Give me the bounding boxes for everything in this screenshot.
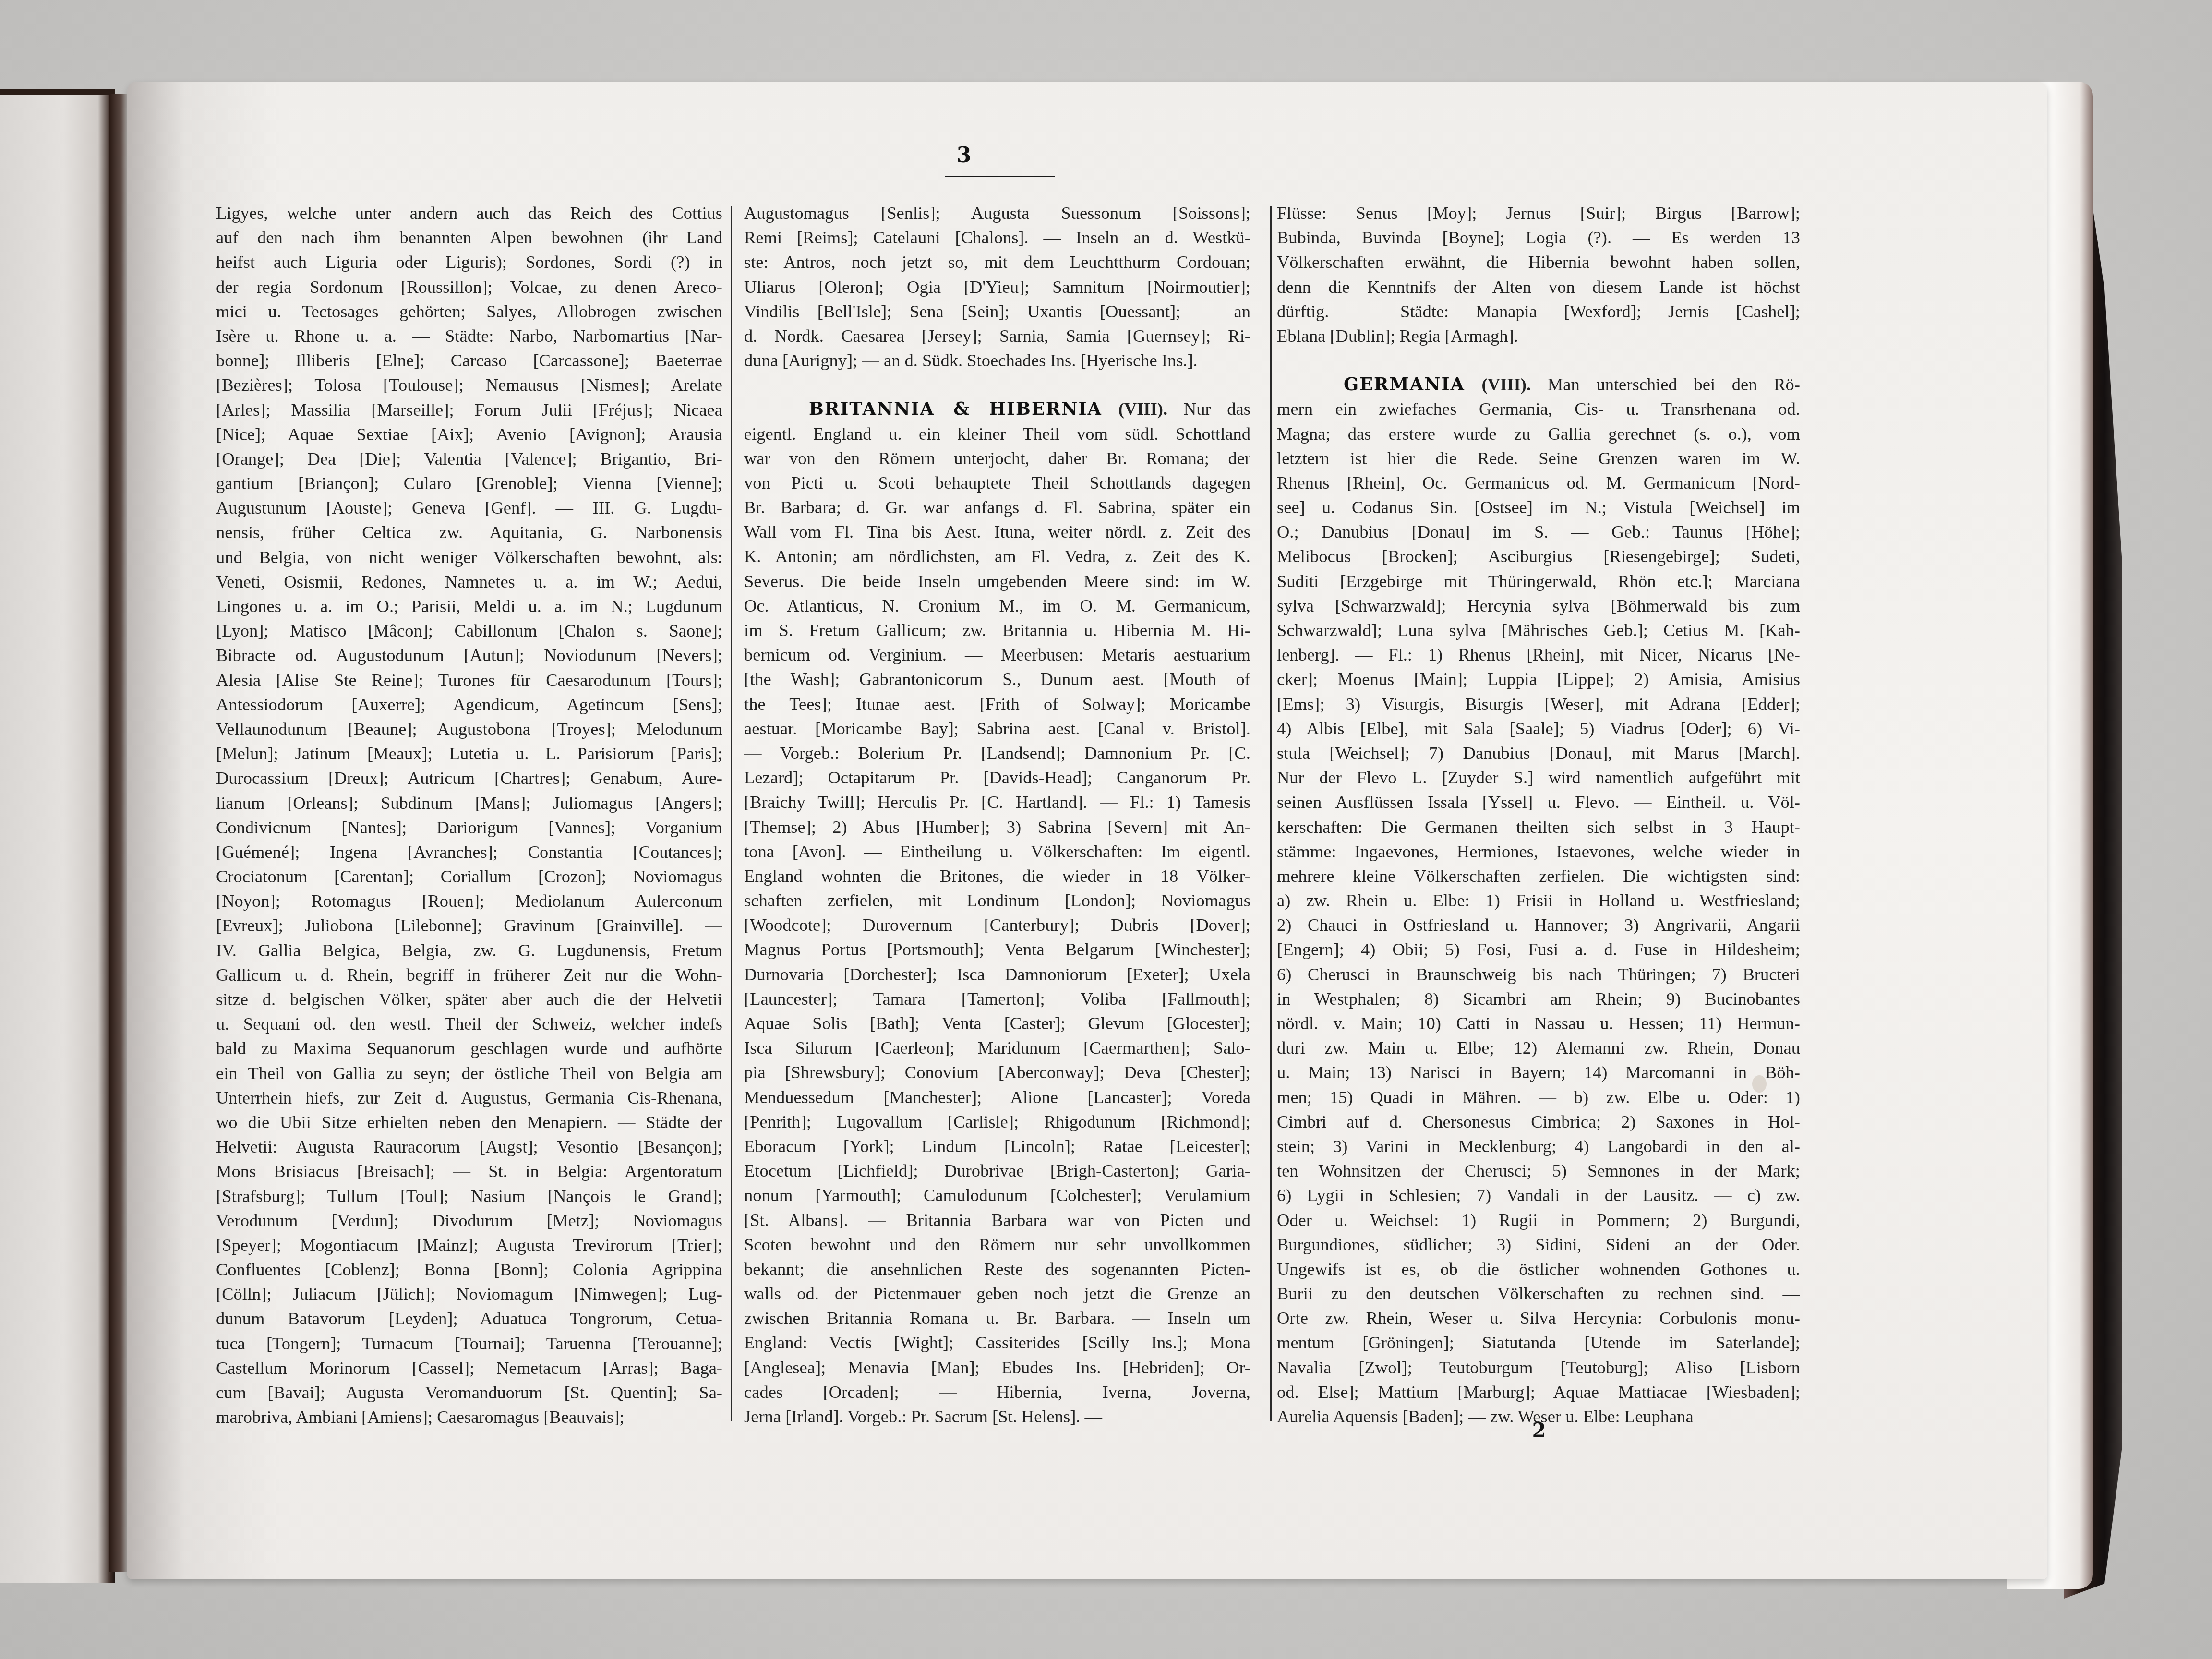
text-line: [the Wash]; Gabrantonicorum S., Dunum ae… <box>744 667 1250 691</box>
text-line: [Woodcote]; Durovernum [Canterbury]; Dub… <box>744 913 1250 937</box>
text-line: Cimbri auf d. Chersonesus Cimbrica; 2) S… <box>1277 1109 1800 1134</box>
section-lead: Man unterschied bei den Rö- <box>1548 374 1800 394</box>
text-line: mern ein zwiefaches Germania, Cis- u. Tr… <box>1277 397 1800 421</box>
text-line: Condivicnum [Nantes]; Dariorigum [Vannes… <box>216 815 722 840</box>
text-line: the Tees]; Itunae aest. [Frith of Solway… <box>744 692 1250 716</box>
section-plate-ref: (VIII). <box>1482 374 1531 394</box>
text-line: Antessiodorum [Auxerre]; Agendicum, Aget… <box>216 692 722 717</box>
text-line: [Braichy Twill]; Herculis Pr. [C. Hartla… <box>744 790 1250 814</box>
text-line: und Belgia, von nicht weniger Völkerscha… <box>216 545 722 569</box>
section-heading-line: GERMANIA (VIII). Man unterschied bei den… <box>1277 372 1800 397</box>
text-line: Etocetum [Lichfield]; Durobrivae [Brigh-… <box>744 1158 1250 1183</box>
text-line: Vellaunodunum [Beaune]; Augustobona [Tro… <box>216 717 722 741</box>
text-line: — Vorgeb.: Bolerium Pr. [Landsend]; Damn… <box>744 741 1250 765</box>
text-line: Ungewifs ist es, ob die östlicher wohnen… <box>1277 1257 1800 1281</box>
header-rule <box>945 176 1055 177</box>
text-line: men; 15) Quadi in Mähren. — b) zw. Elbe … <box>1277 1085 1800 1109</box>
signature-mark: 2 <box>1525 1419 1553 1442</box>
text-line: walls od. der Pictenmauer geben noch jet… <box>744 1281 1250 1306</box>
text-line: Oder u. Weichsel: 1) Rugii in Pommern; 2… <box>1277 1208 1800 1232</box>
text-line: see] u. Codanus Sin. [Ostsee] im N.; Vis… <box>1277 495 1800 519</box>
text-line: Magnus Portus [Portsmouth]; Venta Belgar… <box>744 937 1250 962</box>
text-line: England: Vectis [Wight]; Cassiterides [S… <box>744 1330 1250 1355</box>
text-line: ten Wohnsitzen der Cherusci; 5) Semnones… <box>1277 1158 1800 1183</box>
text-line: Lingones u. a. im O.; Parisii, Meldi u. … <box>216 594 722 618</box>
text-line: Aquae Solis [Bath]; Venta [Caster]; Glev… <box>744 1011 1250 1035</box>
text-line: nonum [Yarmouth]; Camulodunum [Colcheste… <box>744 1183 1250 1207</box>
text-line: ste: Antros, noch jetzt so, mit dem Leuc… <box>744 250 1250 274</box>
text-line: [Bezières]; Tolosa [Toulouse]; Nemausus … <box>216 373 722 397</box>
text-line: Burii zu den deutschen Völkerschaften zu… <box>1277 1281 1800 1306</box>
text-line: Burgundiones, südlicher; 3) Sidini, Side… <box>1277 1232 1800 1257</box>
text-line: dürftig. — Städte: Manapia [Wexford]; Je… <box>1277 299 1800 324</box>
text-line: Crociatonum [Carentan]; Coriallum [Crozo… <box>216 864 722 889</box>
text-line: schaften zerfielen, mit Londinum [London… <box>744 888 1250 913</box>
section-gap <box>1277 348 1800 372</box>
text-line: duri zw. Main u. Elbe; 12) Alemanni zw. … <box>1277 1035 1800 1060</box>
text-line: u. Main; 13) Narisci in Bayern; 14) Marc… <box>1277 1060 1800 1084</box>
text-line: K. Antonin; am nördlichsten, am Fl. Vedr… <box>744 544 1250 568</box>
text-line: nensis, früher Celtica zw. Aquitania, G.… <box>216 520 722 544</box>
text-line: stula [Weichsel]; 7) Danubius [Donau], m… <box>1277 741 1800 765</box>
text-line: Melibocus [Brocken]; Asciburgius [Riesen… <box>1277 544 1800 568</box>
text-line: [Penrith]; Lugovallum [Carlisle]; Rhigod… <box>744 1109 1250 1134</box>
text-line: 2) Chauci in Ostfriesland u. Hannover; 3… <box>1277 913 1800 937</box>
text-column-germania: Flüsse: Senus [Moy]; Jernus [Suir]; Birg… <box>1277 201 1800 1430</box>
text-line: tuca [Tongern]; Turnacum [Tournai]; Taru… <box>216 1331 722 1356</box>
text-line: Bubinda, Buvinda [Boyne]; Logia (?). — E… <box>1277 225 1800 250</box>
text-line: im S. Fretum Gallicum; zw. Britannia u. … <box>744 618 1250 642</box>
section-gap <box>744 373 1250 397</box>
text-line: Rhenus [Rhein], Oc. Germanicus od. M. Ge… <box>1277 470 1800 495</box>
text-column-britannia: Augustomagus [Senlis]; Augusta Suessonum… <box>744 201 1250 1430</box>
text-line: Mons Brisiacus [Breisach]; — St. in Belg… <box>216 1159 722 1183</box>
text-line: Vindilis [Bell'Isle]; Sena [Sein]; Uxant… <box>744 299 1250 324</box>
text-line: tona [Avon]. — Eintheilung u. Völkerscha… <box>744 839 1250 864</box>
text-line: gantium [Briançon]; Cularo [Grenoble]; V… <box>216 471 722 495</box>
text-line: Magna; das erstere wurde zu Gallia gerec… <box>1277 421 1800 446</box>
text-line: [Guémené]; Ingena [Avranches]; Constanti… <box>216 840 722 864</box>
text-line: stein; 3) Varini in Mecklenburg; 4) Lang… <box>1277 1134 1800 1158</box>
text-line: war von den Römern unterjocht, daher Br.… <box>744 446 1250 470</box>
section-lead: Nur das <box>1184 399 1250 419</box>
section-plate-ref: (VIII). <box>1118 399 1167 419</box>
text-line: cker]; Moenus [Main]; Luppia [Lippe]; 2)… <box>1277 667 1800 691</box>
text-line: [Launcester]; Tamara [Tamerton]; Voliba … <box>744 986 1250 1011</box>
text-line: Augustunum [Aouste]; Geneva [Genf]. — II… <box>216 495 722 520</box>
text-line: Uliarus [Oleron]; Ogia [D'Yieu]; Samnitu… <box>744 275 1250 299</box>
text-line: zwischen Britannia Romana u. Br. Barbara… <box>744 1306 1250 1330</box>
text-line: Confluentes [Coblenz]; Bonna [Bonn]; Col… <box>216 1257 722 1282</box>
text-line: wo die Ubii Sitze erhielten neben den Me… <box>216 1110 722 1134</box>
text-line: aestuar. [Moricambe Bay]; Sabrina aest. … <box>744 716 1250 741</box>
text-line: [Strafsburg]; Tullum [Toul]; Nasium [Nan… <box>216 1184 722 1208</box>
text-line: 6) Cherusci in Braunschweig bis nach Thü… <box>1277 962 1800 986</box>
text-line: kerschaften: Die Germanen theilten sich … <box>1277 815 1800 839</box>
text-line: bernicum od. Verginium. — Meerbusen: Met… <box>744 642 1250 667</box>
text-line: bonne]; Illiberis [Elne]; Carcaso [Carca… <box>216 348 722 373</box>
text-line: Orte zw. Rhein, Weser u. Silva Hercynia:… <box>1277 1306 1800 1330</box>
text-line: Eblana [Dublin]; Regia [Armagh]. <box>1277 324 1800 348</box>
text-line: Bibracte od. Augustodunum [Autun]; Novio… <box>216 643 722 667</box>
text-line: [Orange]; Dea [Die]; Valentia [Valence];… <box>216 446 722 471</box>
text-line: bekannt; die ansehnlichen Reste des soge… <box>744 1257 1250 1281</box>
text-line: Ligyes, welche unter andern auch das Rei… <box>216 201 722 225</box>
text-line: Oc. Atlanticus, N. Cronium M., im O. M. … <box>744 593 1250 618</box>
text-line: nördl. v. Main; 10) Catti in Nassau u. H… <box>1277 1011 1800 1035</box>
text-line: dunum Batavorum [Leyden]; Aduatuca Tongr… <box>216 1306 722 1331</box>
text-line: bald zu Maxima Sequanorum geschlagen wur… <box>216 1036 722 1060</box>
text-line: Durocassium [Dreux]; Autricum [Chartres]… <box>216 766 722 790</box>
text-line: Augustomagus [Senlis]; Augusta Suessonum… <box>744 201 1250 225</box>
text-line: [Melun]; Jatinum [Meaux]; Lutetia u. L. … <box>216 741 722 766</box>
text-line: cades [Orcaden]; — Hibernia, Iverna, Jov… <box>744 1380 1250 1404</box>
text-line: [Evreux]; Juliobona [Lilebonne]; Gravinu… <box>216 913 722 938</box>
text-line: in Westphalen; 8) Sicambri am Rhein; 9) … <box>1277 986 1800 1011</box>
text-line: England wohnten die Britones, die wieder… <box>744 864 1250 888</box>
text-line: lianum [Orleans]; Subdinum [Mans]; Julio… <box>216 791 722 815</box>
text-line: a) zw. Rhein u. Elbe: 1) Frisii in Holla… <box>1277 888 1800 913</box>
text-line: Suditi [Erzgebirge mit Thüringerwald, Rh… <box>1277 569 1800 593</box>
text-line: Menduessedum [Manchester]; Alione [Lanca… <box>744 1085 1250 1109</box>
text-line: 4) Albis [Elbe], mit Sala [Saale]; 5) Vi… <box>1277 716 1800 741</box>
text-line: Verodunum [Verdun]; Divodurum [Metz]; No… <box>216 1208 722 1233</box>
text-line: mici u. Tectosages gehörten; Salyes, All… <box>216 299 722 324</box>
text-line: [Cölln]; Juliacum [Jülich]; Noviomagum [… <box>216 1282 722 1306</box>
text-line: ein Theil von Gallia zu seyn; der östlic… <box>216 1061 722 1085</box>
text-line: Gallicum u. d. Rhein, begriff in frühere… <box>216 962 722 987</box>
text-line: [Ems]; 3) Visurgis, Bisurgis [Weser], mi… <box>1277 692 1800 716</box>
text-line: von Picti u. Scoti behauptete Theil Scho… <box>744 470 1250 495</box>
text-column-gallia: Ligyes, welche unter andern auch das Rei… <box>216 201 722 1430</box>
text-line: Br. Barbara; d. Gr. war anfangs d. Fl. S… <box>744 495 1250 519</box>
text-line: d. Nordk. Caesarea [Jersey]; Sarnia, Sam… <box>744 324 1250 348</box>
text-line: Durnovaria [Dorchester]; Isca Damnonioru… <box>744 962 1250 986</box>
text-line: denn die Kenntnifs der Alten von diesem … <box>1277 275 1800 299</box>
text-line: od. Else]; Mattium [Marburg]; Aquae Matt… <box>1277 1380 1800 1404</box>
text-line: mentum [Gröningen]; Siatutanda [Utende i… <box>1277 1330 1800 1355</box>
text-line: Völkerschaften erwähnt, die Hibernia bew… <box>1277 250 1800 274</box>
text-line: Jerna [Irland]. Vorgeb.: Pr. Sacrum [St.… <box>744 1404 1250 1429</box>
text-line: Veneti, Osismii, Redones, Namnetes u. a.… <box>216 569 722 594</box>
text-line: Wall vom Fl. Tina bis Aest. Ituna, weite… <box>744 519 1250 544</box>
text-line: [Lyon]; Matisco [Mâcon]; Cabillonum [Cha… <box>216 618 722 643</box>
text-line: eigentl. England u. ein kleiner Theil vo… <box>744 421 1250 446</box>
text-line: IV. Gallia Belgica, Belgia, zw. G. Lugdu… <box>216 938 722 962</box>
text-line: Castellum Morinorum [Cassel]; Nemetacum … <box>216 1356 722 1380</box>
text-line: Scoten bewohnt und den Römern nur sehr u… <box>744 1232 1250 1257</box>
facing-page-left <box>0 89 115 1583</box>
text-line: Schwarzwald]; Luna sylva [Mährisches Geb… <box>1277 618 1800 642</box>
text-line: [Speyer]; Mogontiacum [Mainz]; Augusta T… <box>216 1233 722 1257</box>
text-line: [Engern]; 4) Obii; 5) Fosi, Fusi a. d. F… <box>1277 937 1800 962</box>
text-line: Severus. Die beide Inseln umgebenden Mee… <box>744 569 1250 593</box>
text-line: Navalia [Zwol]; Teutoburgum [Teutoburg];… <box>1277 1355 1800 1380</box>
text-line: [Themse]; 2) Abus [Humber]; 3) Sabrina [… <box>744 815 1250 839</box>
text-line: Alesia [Alise Ste Reine]; Turones für Ca… <box>216 668 722 692</box>
text-line: mehrere kleine Völkerschaften zerfielen.… <box>1277 864 1800 888</box>
text-line: cum [Bavai]; Augusta Veromanduorum [St. … <box>216 1380 722 1405</box>
section-title-germania: GERMANIA <box>1344 374 1465 395</box>
text-line: Isère u. Rhone u. a. — Städte: Narbo, Na… <box>216 324 722 348</box>
text-line: [Noyon]; Rotomagus [Rouen]; Mediolanum A… <box>216 889 722 913</box>
text-line: [Arles]; Massilia [Marseille]; Forum Jul… <box>216 397 722 422</box>
text-line: 6) Lygii in Schlesien; 7) Vandali in der… <box>1277 1183 1800 1207</box>
text-line: Helvetii: Augusta Rauracorum [Augst]; Ve… <box>216 1134 722 1159</box>
text-line: stämme: Ingaevones, Hermiones, Istaevone… <box>1277 839 1800 864</box>
text-line: Unterrhein hiefs, zur Zeit d. Augustus, … <box>216 1085 722 1110</box>
text-line: [Nice]; Aquae Sextiae [Aix]; Avenio [Avi… <box>216 422 722 446</box>
text-line: u. Sequani od. den westl. Theil der Schw… <box>216 1011 722 1036</box>
text-line: Remi [Reims]; Catelauni [Chalons]. — Ins… <box>744 225 1250 250</box>
text-line: [St. Albans]. — Britannia Barbara war vo… <box>744 1208 1250 1232</box>
text-line: Nur der Flevo L. [Zuyder S.] wird nament… <box>1277 765 1800 790</box>
text-line: lenberg]. — Fl.: 1) Rhenus [Rhein], mit … <box>1277 642 1800 667</box>
text-line: der regia Sordonum [Roussillon]; Volcae,… <box>216 275 722 299</box>
book-gutter <box>109 94 129 1572</box>
text-line: marobriva, Ambiani [Amiens]; Caesaromagu… <box>216 1405 722 1429</box>
text-line: Flüsse: Senus [Moy]; Jernus [Suir]; Birg… <box>1277 201 1800 225</box>
text-line: heifst auch Liguria oder Liguris); Sordo… <box>216 250 722 274</box>
text-line: O.; Danubius [Donau] im S. — Geb.: Taunu… <box>1277 519 1800 544</box>
page-number: 3 <box>940 143 988 168</box>
text-line: seinen Ausflüssen Issala [Yssel] u. Flev… <box>1277 790 1800 814</box>
text-line: Isca Silurum [Caerleon]; Maridunum [Caer… <box>744 1035 1250 1060</box>
text-line: sitze d. belgischen Völker, später aber … <box>216 987 722 1011</box>
column-divider-2 <box>1270 206 1272 1421</box>
text-line: Eboracum [York]; Lindum [Lincoln]; Ratae… <box>744 1134 1250 1158</box>
text-line: [Anglesea]; Menavia [Man]; Ebudes Ins. [… <box>744 1355 1250 1380</box>
text-line: letztern ist hier die Rede. Seine Grenze… <box>1277 446 1800 470</box>
column-divider-1 <box>731 206 732 1421</box>
text-line: duna [Aurigny]; — an d. Südk. Stoechades… <box>744 348 1250 373</box>
text-line: auf den nach ihm benannten Alpen bewohne… <box>216 225 722 250</box>
section-heading-line: BRITANNIA & HIBERNIA (VIII). Nur das <box>744 397 1250 421</box>
section-title-britannia: BRITANNIA & HIBERNIA <box>809 398 1102 419</box>
text-line: pia [Shrewsbury]; Conovium [Aberconway];… <box>744 1060 1250 1084</box>
text-line: sylva [Schwarzwald]; Hercynia sylva [Böh… <box>1277 593 1800 618</box>
text-line: Lezard]; Octapitarum Pr. [Davids-Head]; … <box>744 765 1250 790</box>
